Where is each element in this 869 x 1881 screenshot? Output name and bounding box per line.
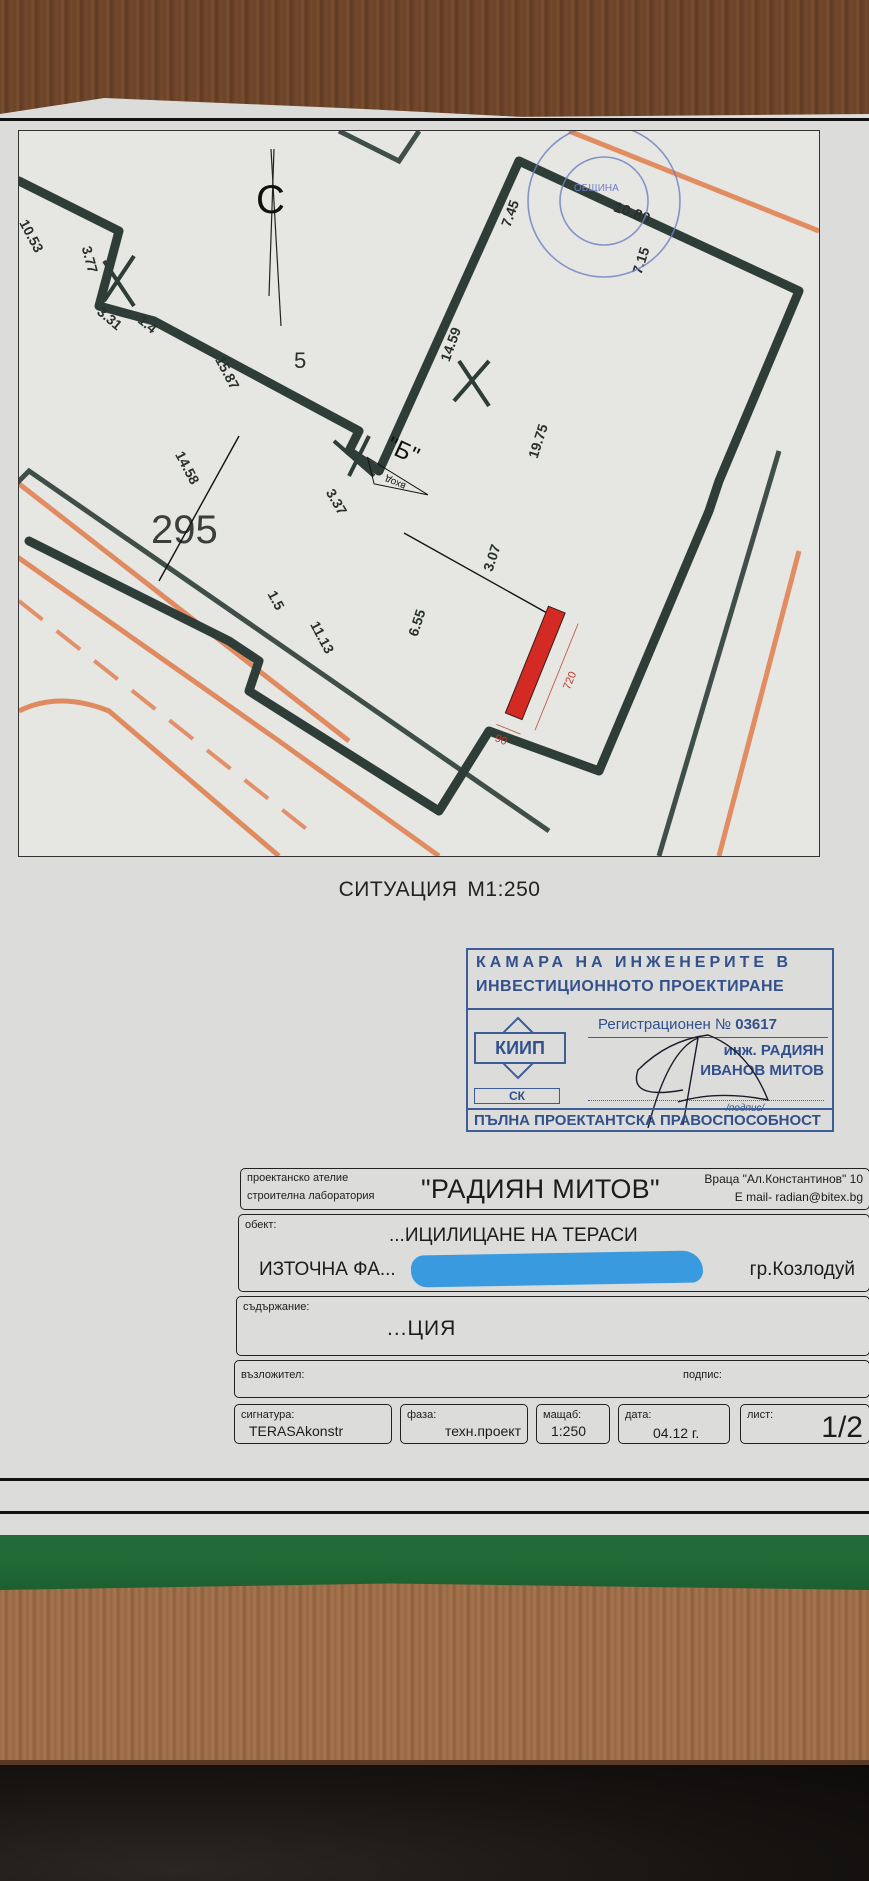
site-plan-drawing: С 295 "Б" вход 720 90 10.53 3.77 3.31 1.… [19, 131, 819, 856]
client-label: възложител: [241, 1369, 304, 1381]
stamp-section: СК [474, 1088, 560, 1104]
object-line2: ИЗТОЧНА ФА... [259, 1259, 396, 1281]
cell-scale: мащаб: 1:250 [536, 1404, 610, 1444]
studio-line1: проектанско ателие [247, 1172, 348, 1184]
stamp-logo: КИИП [474, 1032, 566, 1064]
svg-text:14.58: 14.58 [172, 448, 203, 487]
cell-sheet: лист: 1/2 [740, 1404, 869, 1444]
redaction-scribble [411, 1250, 704, 1287]
date-label: дата: [625, 1409, 651, 1421]
svg-text:6.55: 6.55 [405, 607, 429, 638]
terrace-length-label: 720 [561, 670, 579, 692]
object-line1: ...ИЦИЛИЦАНЕ НА ТЕРАСИ [389, 1225, 638, 1247]
lot-number: 295 [151, 508, 218, 552]
sheet-bottom-line [0, 1478, 869, 1481]
cell-signature-code: сигнатура: TERASAkonstr [234, 1404, 392, 1444]
client-signature-label: подпис: [683, 1369, 722, 1381]
signature-code-label: сигнатура: [241, 1409, 294, 1421]
site-plan: С 295 "Б" вход 720 90 10.53 3.77 3.31 1.… [18, 130, 820, 857]
svg-text:1.5: 1.5 [265, 588, 288, 613]
svg-text:15.87: 15.87 [212, 353, 243, 392]
wooden-table-bottom [0, 1580, 869, 1760]
svg-text:3.77: 3.77 [79, 244, 102, 275]
plan-caption-title: СИТУАЦИЯ [339, 878, 458, 901]
plan-caption-scale: М1:250 [467, 878, 540, 901]
svg-text:10.53: 10.53 [19, 217, 47, 256]
cell-date: дата: 04.12 г. [618, 1404, 730, 1444]
content-value: ...ЦИЯ [387, 1317, 456, 1341]
content-label: съдържание: [243, 1301, 309, 1313]
studio-address: Враца "Ал.Константинов" 10 [704, 1172, 863, 1186]
scale-label: мащаб: [543, 1409, 581, 1421]
svg-text:3.07: 3.07 [480, 542, 504, 573]
plan-caption: СИТУАЦИЯМ1:250 [0, 878, 869, 902]
cell-phase: фаза: техн.проект [400, 1404, 528, 1444]
building-label: "Б" [382, 432, 423, 470]
studio-email: E mail- radian@bitex.bg [735, 1190, 863, 1204]
studio-line2: строителна лаборатория [247, 1190, 374, 1202]
sheet-label: лист: [747, 1409, 773, 1421]
north-label: С [256, 178, 285, 222]
phase-label: фаза: [407, 1409, 436, 1421]
scale-value: 1:250 [551, 1423, 586, 1439]
object-label: обект: [245, 1219, 276, 1231]
svg-text:19.75: 19.75 [525, 422, 551, 460]
title-block-client: възложител: подпис: [234, 1360, 869, 1398]
svg-text:5: 5 [294, 348, 306, 373]
sheet-value: 1/2 [821, 1411, 863, 1445]
dark-floor-area [0, 1765, 869, 1881]
municipal-stamp-inner: ОБЩИНА [574, 183, 619, 194]
phase-value: техн.проект [445, 1423, 521, 1439]
stamp-chamber-line1: КАМАРА НА ИНЖЕНЕРИТЕ В [476, 954, 792, 972]
object-city: гр.Козлодуй [750, 1259, 855, 1281]
stamp-chamber-line2: ИНВЕСТИЦИОННОТО ПРОЕКТИРАНЕ [476, 978, 784, 996]
terrace-rectangle [505, 606, 565, 719]
svg-text:3.37: 3.37 [323, 486, 351, 518]
stamp-footer: ПЪЛНА ПРОЕКТАНТСКА ПРАВОСПОСОБНОСТ [468, 1108, 832, 1130]
date-value: 04.12 г. [653, 1425, 699, 1441]
signature-code-value: TERASAkonstr [249, 1423, 343, 1439]
title-block-object: обект: ...ИЦИЛИЦАНЕ НА ТЕРАСИ ИЗТОЧНА ФА… [238, 1214, 869, 1292]
engineer-stamp: КАМАРА НА ИНЖЕНЕРИТЕ В ИНВЕСТИЦИОННОТО П… [466, 948, 834, 1132]
title-block-header: проектанско ателие строителна лаборатори… [240, 1168, 869, 1210]
title-block-content: съдържание: ...ЦИЯ [236, 1296, 869, 1356]
entrance-label: вход [383, 473, 407, 491]
studio-name: "РАДИЯН МИТОВ" [421, 1174, 660, 1205]
svg-text:11.13: 11.13 [307, 618, 337, 656]
